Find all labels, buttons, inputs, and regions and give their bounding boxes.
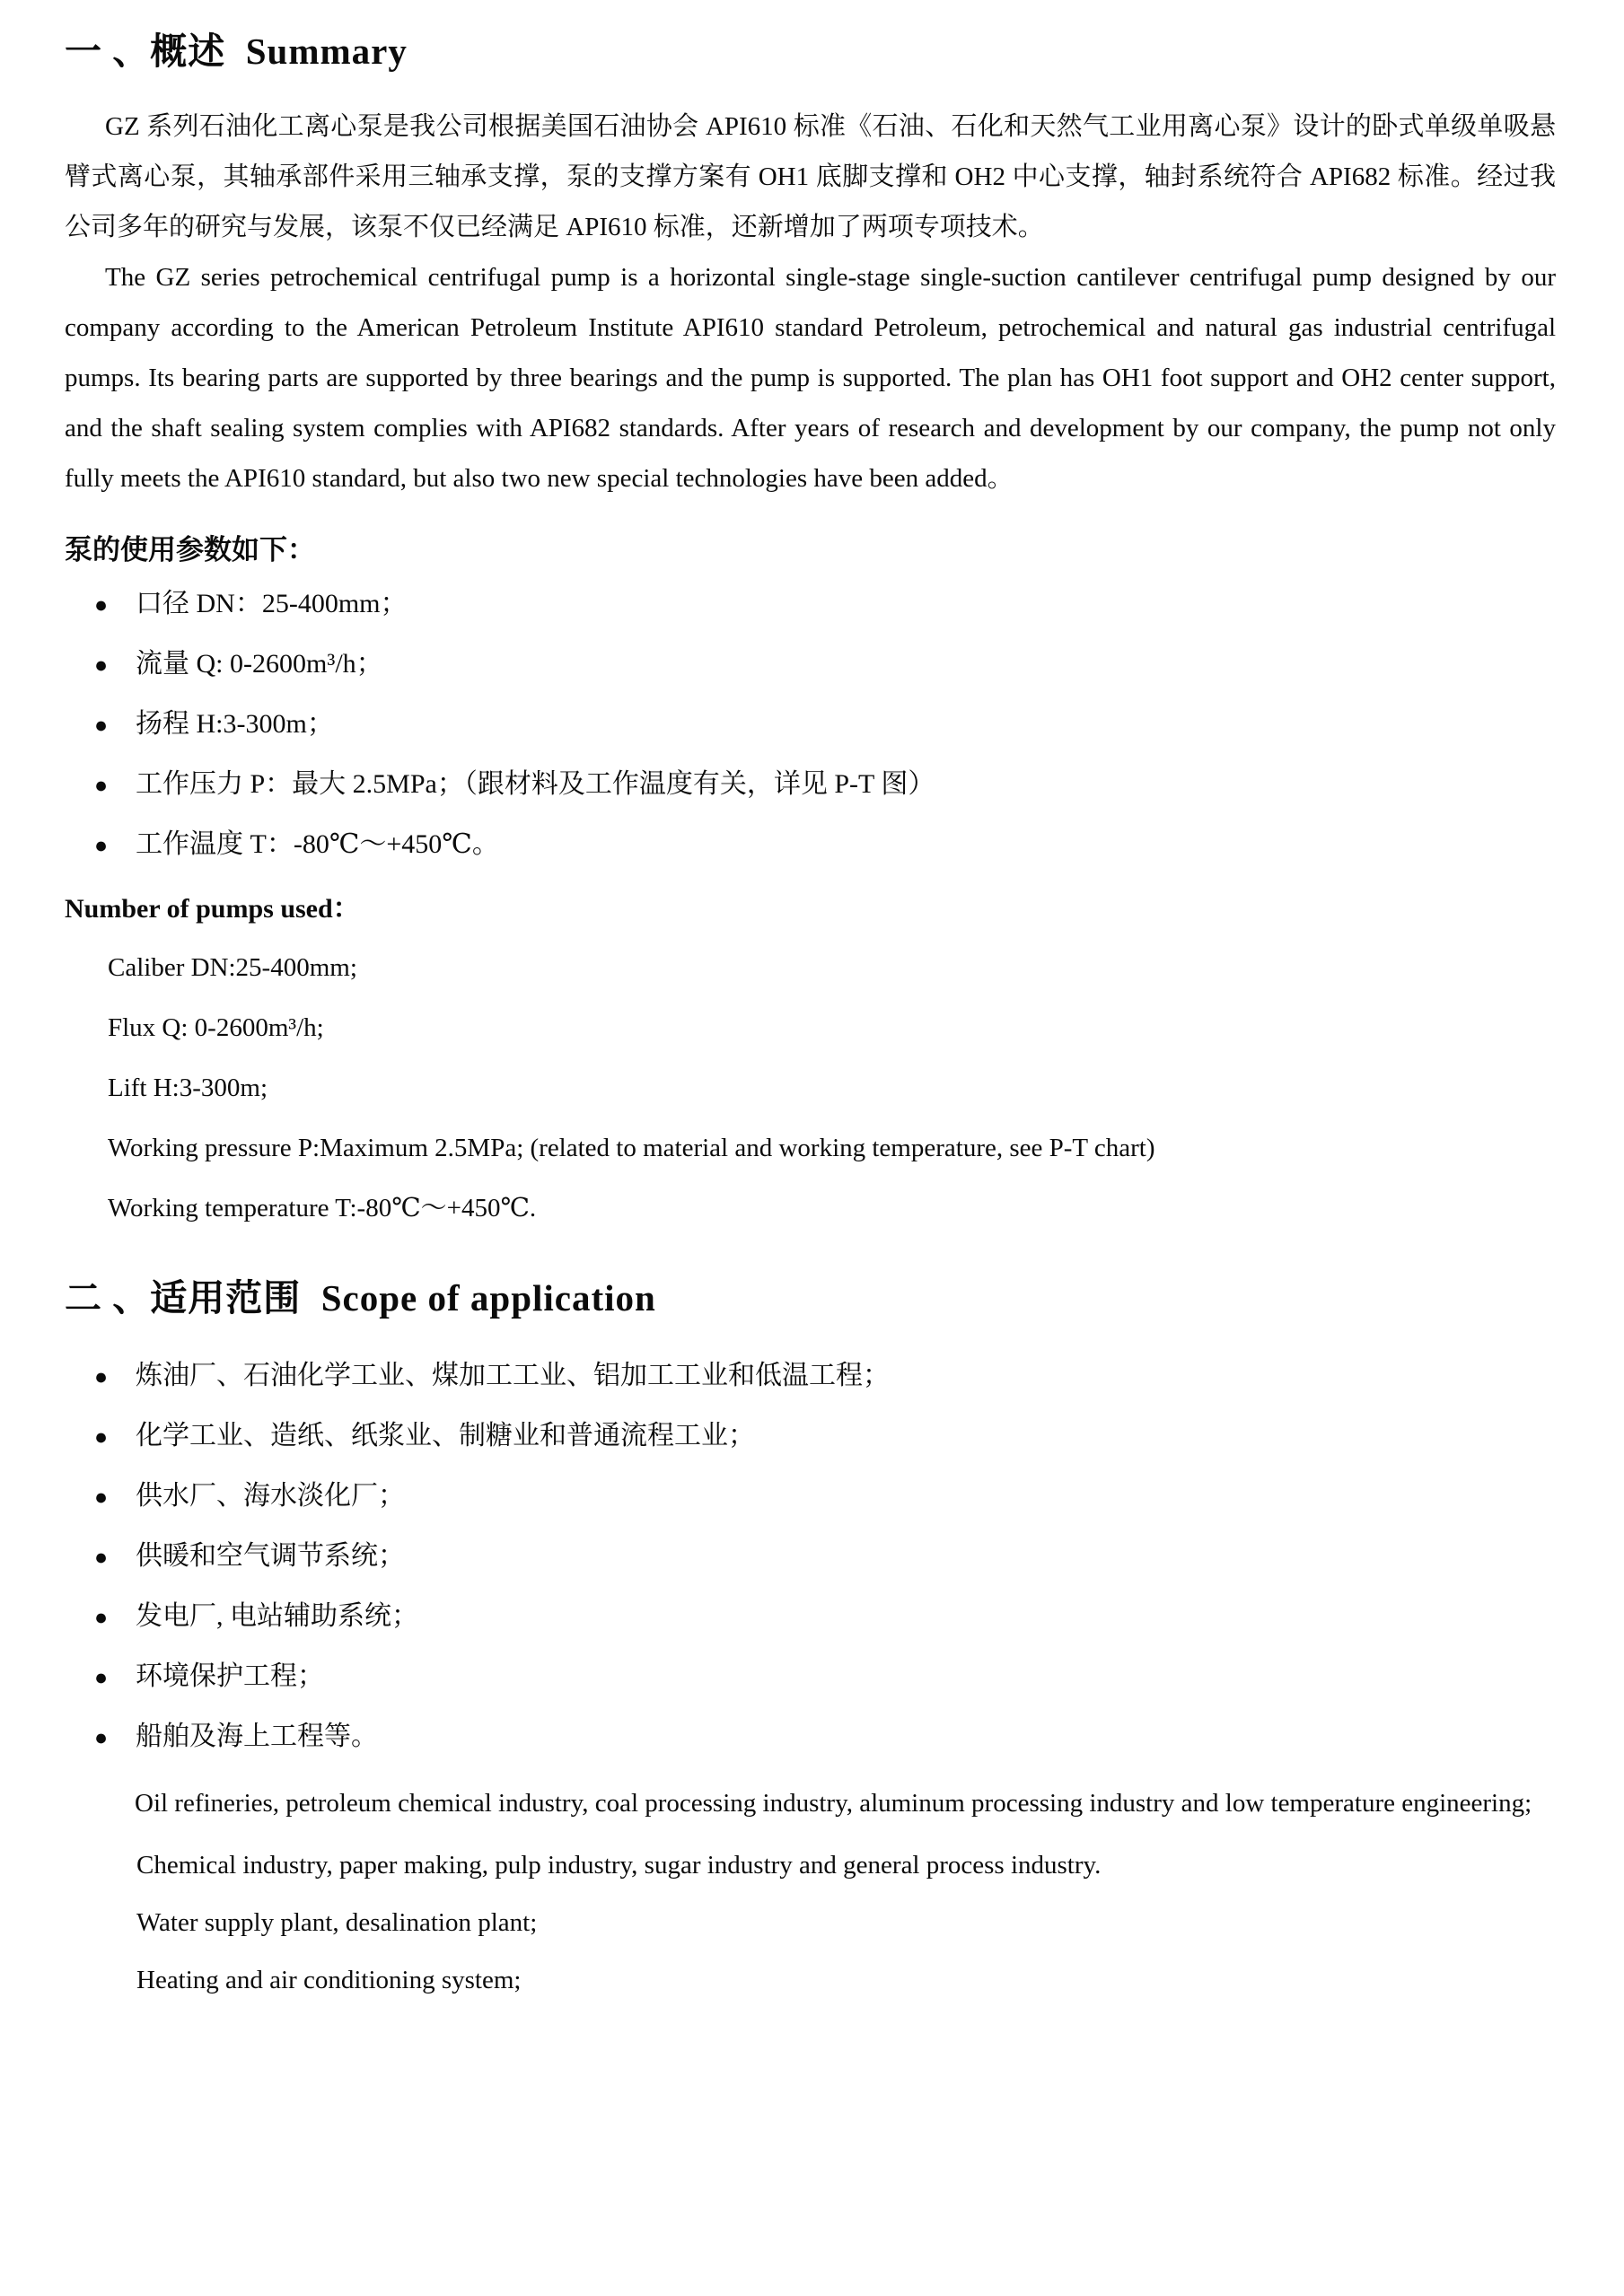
section1-paragraph-cn: GZ 系列石油化工离心泵是我公司根据美国石油协会 API610 标准《石油、石化… [65,101,1556,252]
applications-list-cn: 炼油厂、石油化学工业、煤加工工业、铝加工工业和低温工程； 化学工业、造纸、纸浆业… [94,1357,1556,1757]
list-item: 炼油厂、石油化学工业、煤加工工业、铝加工工业和低温工程； [94,1357,1556,1397]
list-item: Working temperature T:-80℃～+450℃. [108,1189,1556,1227]
list-item: 发电厂, 电站辅助系统； [94,1598,1556,1637]
list-item-text: 发电厂, 电站辅助系统； [136,1598,418,1635]
pump-params-list-en: Caliber DN:25-400mm; Flux Q: 0-2600m³/h;… [65,949,1556,1227]
bullet-icon [94,1658,136,1697]
bullet-icon [94,1417,136,1457]
list-item: Water supply plant, desalination plant; [65,1904,1556,1941]
list-item-text: 化学工业、造纸、纸浆业、制糖业和普通流程工业； [136,1417,755,1455]
list-item-text: 环境保护工程； [136,1658,324,1696]
list-item-text: 扬程 H:3-300m； [136,705,334,743]
bullet-icon [94,1598,136,1637]
bullet-icon [94,1357,136,1397]
list-item-text: 口径 DN：25-400mm； [136,585,408,623]
bullet-icon [94,1538,136,1577]
applications-list-en: Chemical industry, paper making, pulp in… [65,1846,1556,1999]
list-item: 船舶及海上工程等。 [94,1718,1556,1757]
list-item: 工作压力 P：最大 2.5MPa；（跟材料及工作温度有关，详见 P-T 图） [94,766,1556,805]
list-item: 工作温度 T：-80℃～+450℃。 [94,826,1556,865]
list-item: Heating and air conditioning system; [65,1961,1556,1999]
bullet-icon [94,705,136,745]
list-item: Working pressure P:Maximum 2.5MPa; (rela… [108,1129,1556,1167]
list-item: 化学工业、造纸、纸浆业、制糖业和普通流程工业； [94,1417,1556,1457]
list-item: Chemical industry, paper making, pulp in… [65,1846,1556,1884]
list-item-text: 船舶及海上工程等。 [136,1718,378,1756]
list-item: Caliber DN:25-400mm; [108,949,1556,986]
list-item-text: 流量 Q: 0-2600m³/h； [136,645,383,683]
list-item-text: 供暖和空气调节系统； [136,1538,405,1575]
pump-params-list-cn: 口径 DN：25-400mm； 流量 Q: 0-2600m³/h； 扬程 H:3… [94,585,1556,865]
bullet-icon [94,826,136,865]
list-item: 供暖和空气调节系统； [94,1538,1556,1577]
list-item-text: 炼油厂、石油化学工业、煤加工工业、铝加工工业和低温工程； [136,1357,890,1395]
bullet-icon [94,585,136,625]
section1-title: 一 、概述 Summary [65,22,1556,74]
section2-title: 二 、适用范围 Scope of application [65,1268,1556,1321]
list-item: 供水厂、海水淡化厂； [94,1477,1556,1517]
list-item: Lift H:3-300m; [108,1069,1556,1107]
application-paragraph-en-first: Oil refineries, petroleum chemical indus… [65,1778,1556,1828]
bullet-icon [94,1477,136,1517]
list-item: 口径 DN：25-400mm； [94,585,1556,625]
document-page: 一 、概述 Summary GZ 系列石油化工离心泵是我公司根据美国石油协会 A… [0,0,1624,2296]
list-item-text: 工作压力 P：最大 2.5MPa；（跟材料及工作温度有关，详见 P-T 图） [136,766,935,803]
list-item: Flux Q: 0-2600m³/h; [108,1009,1556,1047]
list-item: 流量 Q: 0-2600m³/h； [94,645,1556,685]
section1-paragraph-en: The GZ series petrochemical centrifugal … [65,252,1556,504]
pump-params-heading-en: Number of pumps used： [65,886,1556,925]
list-item: 扬程 H:3-300m； [94,705,1556,745]
bullet-icon [94,1718,136,1757]
list-item: 环境保护工程； [94,1658,1556,1697]
list-item-text: 供水厂、海水淡化厂； [136,1477,405,1515]
bullet-icon [94,645,136,685]
list-item-text: 工作温度 T：-80℃～+450℃。 [136,826,499,863]
pump-params-heading-cn: 泵的使用参数如下： [65,527,1556,567]
bullet-icon [94,766,136,805]
